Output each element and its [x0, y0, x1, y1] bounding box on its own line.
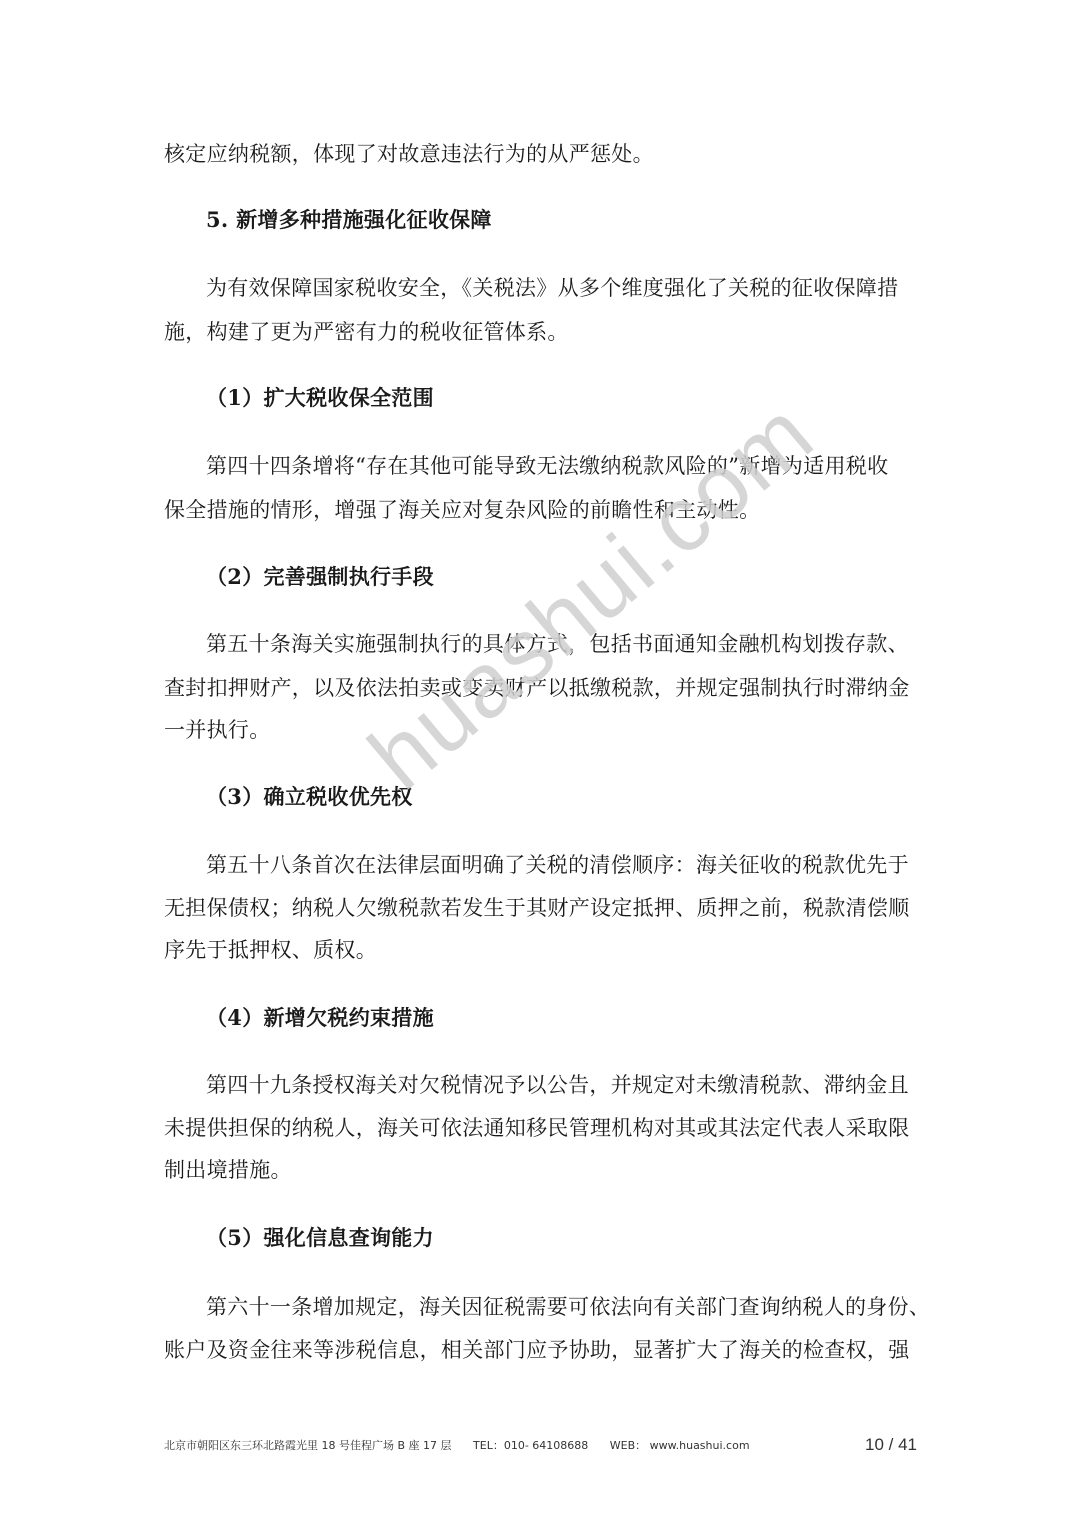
paragraph-line: 查封扣押财产，以及依法拍卖或变卖财产以抵缴税款，并规定强制执行时滞纳金: [164, 674, 924, 702]
paragraph-line: 第五十条海关实施强制执行的具体方式，包括书面通知金融机构划拨存款、: [206, 630, 966, 658]
document-page: 核定应纳税额，体现了对故意违法行为的从严惩处。 5. 新增多种措施强化征收保障 …: [0, 0, 1080, 1528]
subsection-heading-1: （1）扩大税收保全范围: [206, 384, 966, 412]
paragraph-line: 第四十九条授权海关对欠税情况予以公告，并规定对未缴清税款、滞纳金且: [206, 1071, 966, 1099]
paragraph-line: 一并执行。: [164, 716, 924, 744]
footer-web: WEB： www.huashui.com: [610, 1439, 750, 1452]
section-heading-5: 5. 新增多种措施强化征收保障: [206, 206, 966, 234]
paragraph-line: 第五十八条首次在法律层面明确了关税的清偿顺序：海关征收的税款优先于: [206, 851, 966, 879]
paragraph-line: 未提供担保的纳税人，海关可依法通知移民管理机构对其或其法定代表人采取限: [164, 1114, 924, 1142]
paragraph-line: 无担保债权；纳税人欠缴税款若发生于其财产设定抵押、质押之前，税款清偿顺: [164, 894, 924, 922]
page-number: 10 / 41: [865, 1435, 917, 1455]
page-footer: 北京市朝阳区东三环北路霞光里 18 号佳程广场 B 座 17 层 TEL：010…: [164, 1437, 768, 1453]
paragraph-line: 制出境措施。: [164, 1156, 924, 1184]
paragraph-line: 第六十一条增加规定，海关因征税需要可依法向有关部门查询纳税人的身份、: [206, 1293, 966, 1321]
paragraph-line: 保全措施的情形，增强了海关应对复杂风险的前瞻性和主动性。: [164, 496, 924, 524]
footer-address: 北京市朝阳区东三环北路霞光里 18 号佳程广场 B 座 17 层: [164, 1439, 452, 1452]
paragraph-line: 第四十四条增将“存在其他可能导致无法缴纳税款风险的”新增为适用税收: [206, 452, 966, 480]
paragraph-line: 序先于抵押权、质权。: [164, 936, 924, 964]
subsection-heading-4: （4）新增欠税约束措施: [206, 1004, 966, 1032]
paragraph-line: 施，构建了更为严密有力的税收征管体系。: [164, 318, 924, 346]
paragraph-line: 账户及资金往来等涉税信息，相关部门应予协助，显著扩大了海关的检查权，强: [164, 1336, 924, 1364]
watermark: huashui.com: [350, 381, 834, 811]
subsection-heading-5: （5）强化信息查询能力: [206, 1224, 966, 1252]
subsection-heading-2: （2）完善强制执行手段: [206, 563, 966, 591]
paragraph-line: 为有效保障国家税收安全，《关税法》从多个维度强化了关税的征收保障措: [206, 274, 966, 302]
footer-tel: TEL：010- 64108688: [473, 1439, 588, 1452]
subsection-heading-3: （3）确立税收优先权: [206, 783, 966, 811]
paragraph-line: 核定应纳税额，体现了对故意违法行为的从严惩处。: [164, 140, 924, 168]
